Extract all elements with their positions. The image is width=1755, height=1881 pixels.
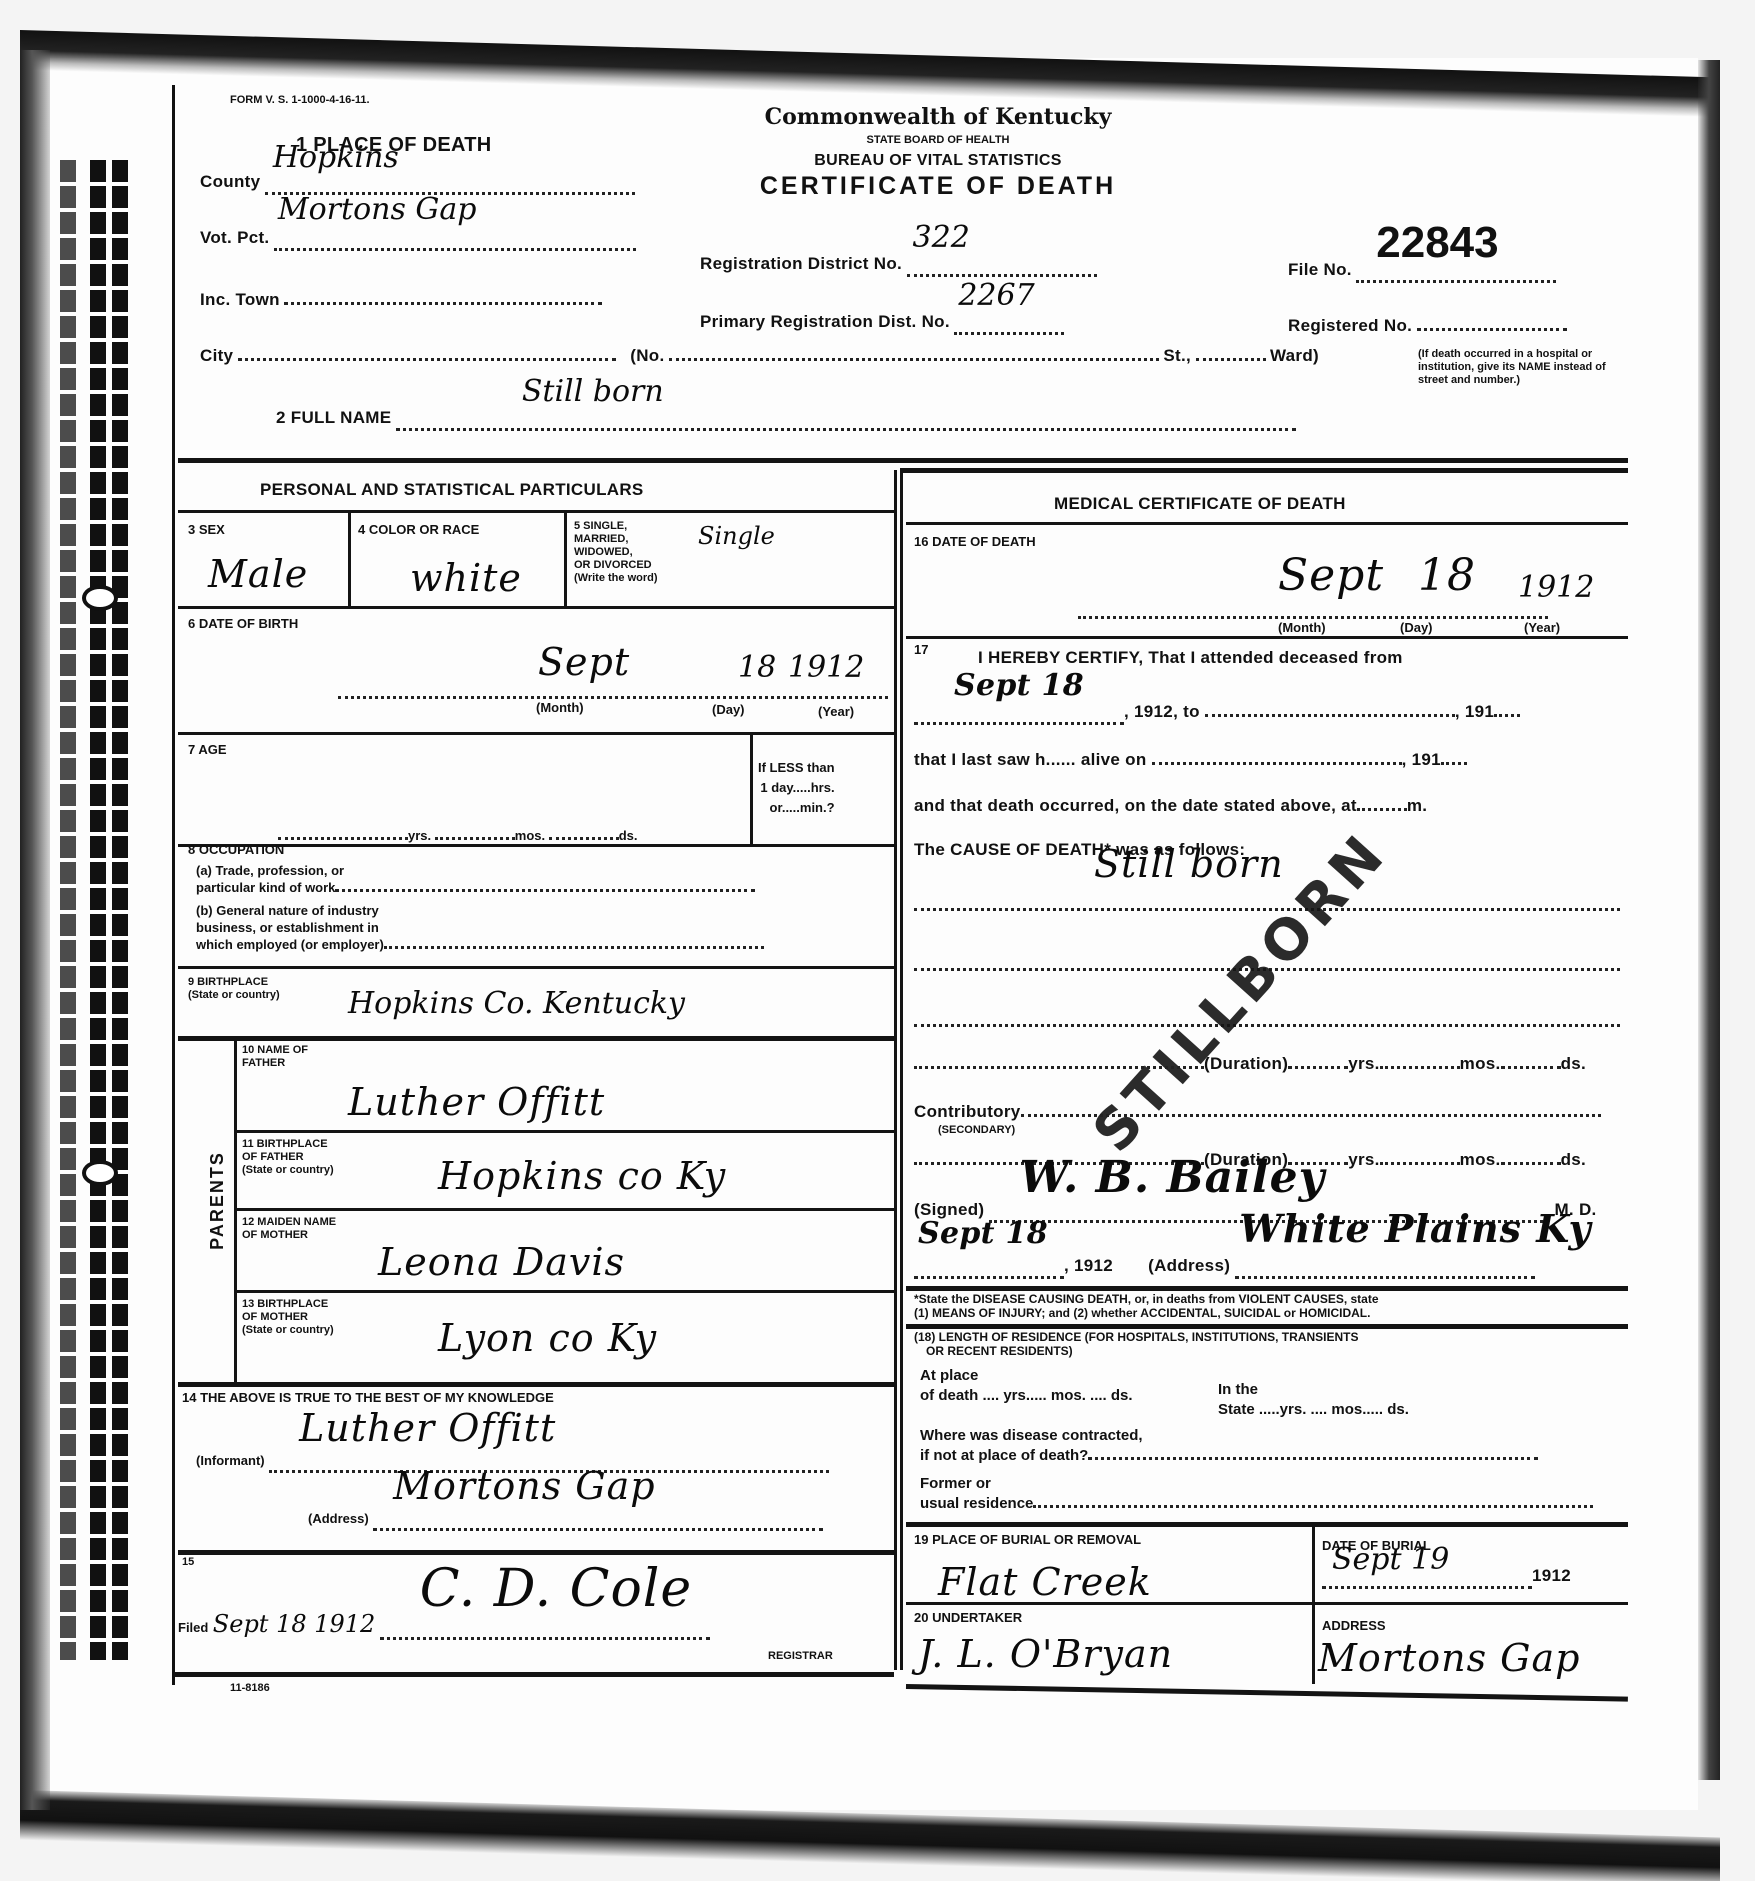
secondary-label: (SECONDARY) — [938, 1124, 1015, 1136]
full-name-field: 2 FULL NAME Still born — [276, 408, 1296, 431]
personal-section-title: PERSONAL AND STATISTICAL PARTICULARS — [260, 480, 644, 500]
informant-value: Luther Offitt — [299, 1406, 556, 1450]
race-label: 4 COLOR OR RACE — [358, 522, 479, 537]
mother-birthplace-label: 13 BIRTHPLACE OF MOTHER (State or countr… — [242, 1298, 334, 1337]
commonwealth-title: Commonwealth of Kentucky — [698, 104, 1178, 130]
physician-address: White Plains Ky — [1239, 1206, 1591, 1251]
mother-name-value: Leona Davis — [378, 1240, 625, 1284]
father-name-label: 10 NAME OF FATHER — [242, 1044, 308, 1070]
race-value: white — [410, 556, 522, 600]
birthplace-label: 9 BIRTHPLACE (State or country) — [188, 976, 280, 1002]
sex-label: 3 SEX — [188, 522, 225, 537]
burial-place-label: 19 PLACE OF BURIAL OR REMOVAL — [914, 1532, 1141, 1547]
divider — [178, 458, 1628, 463]
dob-year: 1912 — [788, 650, 864, 685]
occupation-b: (b) General nature of industry business,… — [196, 902, 764, 953]
dod-year: 1912 — [1518, 570, 1594, 605]
voting-precinct-field: Vot. Pct. Mortons Gap — [200, 228, 636, 251]
attended-from-value: Sept 18 — [954, 668, 1084, 703]
inc-town-value — [284, 302, 602, 305]
punch-hole-icon — [82, 1160, 118, 1186]
residence-at-place: At place of death .... yrs..... mos. ...… — [920, 1366, 1133, 1406]
scan-border-left — [20, 50, 50, 1810]
full-name-value: Still born — [522, 374, 664, 409]
death-occurred: and that death occurred, on the date sta… — [914, 796, 1427, 816]
undertaker-address-value: Mortons Gap — [1318, 1636, 1581, 1680]
burial-date-field: Sept 19 1912 — [1322, 1566, 1571, 1589]
voting-precinct-value: Mortons Gap — [278, 192, 477, 227]
occupation-label: 8 OCCUPATION — [188, 842, 284, 857]
physician-signed-date: Sept 18 — [918, 1216, 1048, 1251]
city-field: City (No. St., Ward) — [200, 346, 1319, 366]
father-name-value: Luther Offitt — [348, 1080, 605, 1124]
primary-registration-field: Primary Registration Dist. No. 2267 — [700, 312, 1064, 335]
last-saw-alive: that I last saw h...... alive on , 191 — [914, 750, 1467, 770]
registration-district-field: Registration District No. 322 — [700, 254, 1097, 277]
county-value: Hopkins — [273, 140, 399, 175]
form-number: FORM V. S. 1-1000-4-16-11. — [230, 94, 370, 106]
center-column-divider — [894, 470, 897, 1670]
hospital-note: (If death occurred in a hospital or inst… — [1418, 348, 1618, 387]
inc-town-field: Inc. Town — [200, 290, 602, 310]
mother-name-label: 12 MAIDEN NAME OF MOTHER — [242, 1216, 336, 1242]
less-than-day-label: If LESS than 1 day.....hrs. or.....min.? — [758, 758, 835, 818]
bureau-title: BUREAU OF VITAL STATISTICS — [698, 152, 1178, 170]
dob-month: Sept — [538, 640, 630, 684]
undertaker-value: J. L. O'Bryan — [918, 1632, 1173, 1676]
physician-signature: W. B. Bailey — [1019, 1152, 1325, 1203]
registrar-signature: C. D. Cole — [420, 1559, 692, 1619]
father-birthplace-label: 11 BIRTHPLACE OF FATHER (State or countr… — [242, 1138, 334, 1177]
left-margin-rule — [172, 85, 175, 1685]
file-number-value: 22843 — [1376, 218, 1498, 268]
attended-dates: Sept 18 , 1912, to , 191 — [914, 702, 1520, 725]
undertaker-label: 20 UNDERTAKER — [914, 1610, 1022, 1625]
sex-value: Male — [208, 552, 308, 596]
certificate-header: Commonwealth of Kentucky STATE BOARD OF … — [698, 104, 1178, 201]
dod-label: 16 DATE OF DEATH — [914, 534, 1036, 549]
dod-day: 18 — [1418, 550, 1476, 601]
informant-address-value: Mortons Gap — [393, 1464, 656, 1508]
dod-field: Sept 18 1912 (Month) (Day) (Year) — [1078, 606, 1598, 624]
footer-code: 11-8186 — [230, 1682, 270, 1694]
punch-hole-icon — [82, 585, 118, 611]
medical-section-title: MEDICAL CERTIFICATE OF DEATH — [1054, 494, 1346, 514]
physician-date-address: Sept 18 , 1912 (Address) White Plains Ky — [914, 1256, 1535, 1279]
burial-date-value: Sept 19 — [1332, 1542, 1449, 1577]
dob-field: Sept 18 1912 (Month) (Day) (Year) — [338, 686, 888, 704]
certificate-title: CERTIFICATE OF DEATH — [698, 172, 1178, 201]
registrar-label: REGISTRAR — [768, 1650, 833, 1662]
scan-border-right — [1698, 60, 1720, 1780]
parents-side-label: PARENTS — [207, 1151, 228, 1250]
informant-statement: 14 THE ABOVE IS TRUE TO THE BEST OF MY K… — [182, 1390, 554, 1405]
residence-title: (18) LENGTH OF RESIDENCE (FOR HOSPITALS,… — [914, 1330, 1358, 1358]
mother-birthplace-value: Lyon co Ky — [438, 1316, 657, 1360]
dob-label: 6 DATE OF BIRTH — [188, 616, 298, 631]
cause-footnote: *State the DISEASE CAUSING DEATH, or, in… — [914, 1292, 1379, 1320]
registered-number-field: Registered No. — [1288, 316, 1567, 336]
contributory-field: Contributory — [914, 1102, 1601, 1122]
age-field: yrs. mos. ds. — [278, 828, 638, 843]
registered-number-value — [1417, 328, 1567, 331]
duration-field: (Duration)yrs.mos.ds. — [914, 1054, 1586, 1074]
residence-contracted: Where was disease contracted, if not at … — [920, 1426, 1538, 1466]
undertaker-address-label: ADDRESS — [1322, 1618, 1386, 1633]
residence-former: Former or usual residence — [920, 1474, 1593, 1514]
cause-of-death-field: Still born — [914, 890, 1620, 911]
marital-label: 5 SINGLE, MARRIED, WIDOWED, OR DIVORCED … — [574, 520, 658, 585]
birthplace-value: Hopkins Co. Kentucky — [348, 986, 685, 1021]
marital-value: Single — [698, 522, 775, 550]
cause-of-death-value: Still born — [1094, 842, 1284, 886]
board-title: STATE BOARD OF HEALTH — [698, 134, 1178, 146]
filed-date: Sept 18 1912 — [213, 1610, 376, 1638]
dob-day: 18 — [738, 650, 776, 685]
registration-district-value: 322 — [913, 220, 970, 255]
file-number-field: File No. 22843 — [1288, 260, 1556, 283]
dod-month: Sept — [1278, 550, 1384, 601]
primary-registration-value: 2267 — [958, 278, 1034, 313]
informant-address-field: (Address) Mortons Gap — [308, 1510, 823, 1531]
residence-in-state: In the State .....yrs. .... mos..... ds. — [1218, 1380, 1409, 1420]
filed-field: Filed Sept 18 1912 C. D. Cole — [178, 1610, 710, 1640]
age-label: 7 AGE — [188, 742, 227, 757]
margin-instructions — [60, 160, 140, 1660]
city-value — [238, 358, 616, 361]
burial-place-value: Flat Creek — [938, 1560, 1152, 1604]
certify-text: I HEREBY CERTIFY, That I attended deceas… — [978, 648, 1403, 668]
father-birthplace-value: Hopkins co Ky — [438, 1154, 726, 1198]
occupation-a: (a) Trade, profession, or particular kin… — [196, 862, 755, 896]
